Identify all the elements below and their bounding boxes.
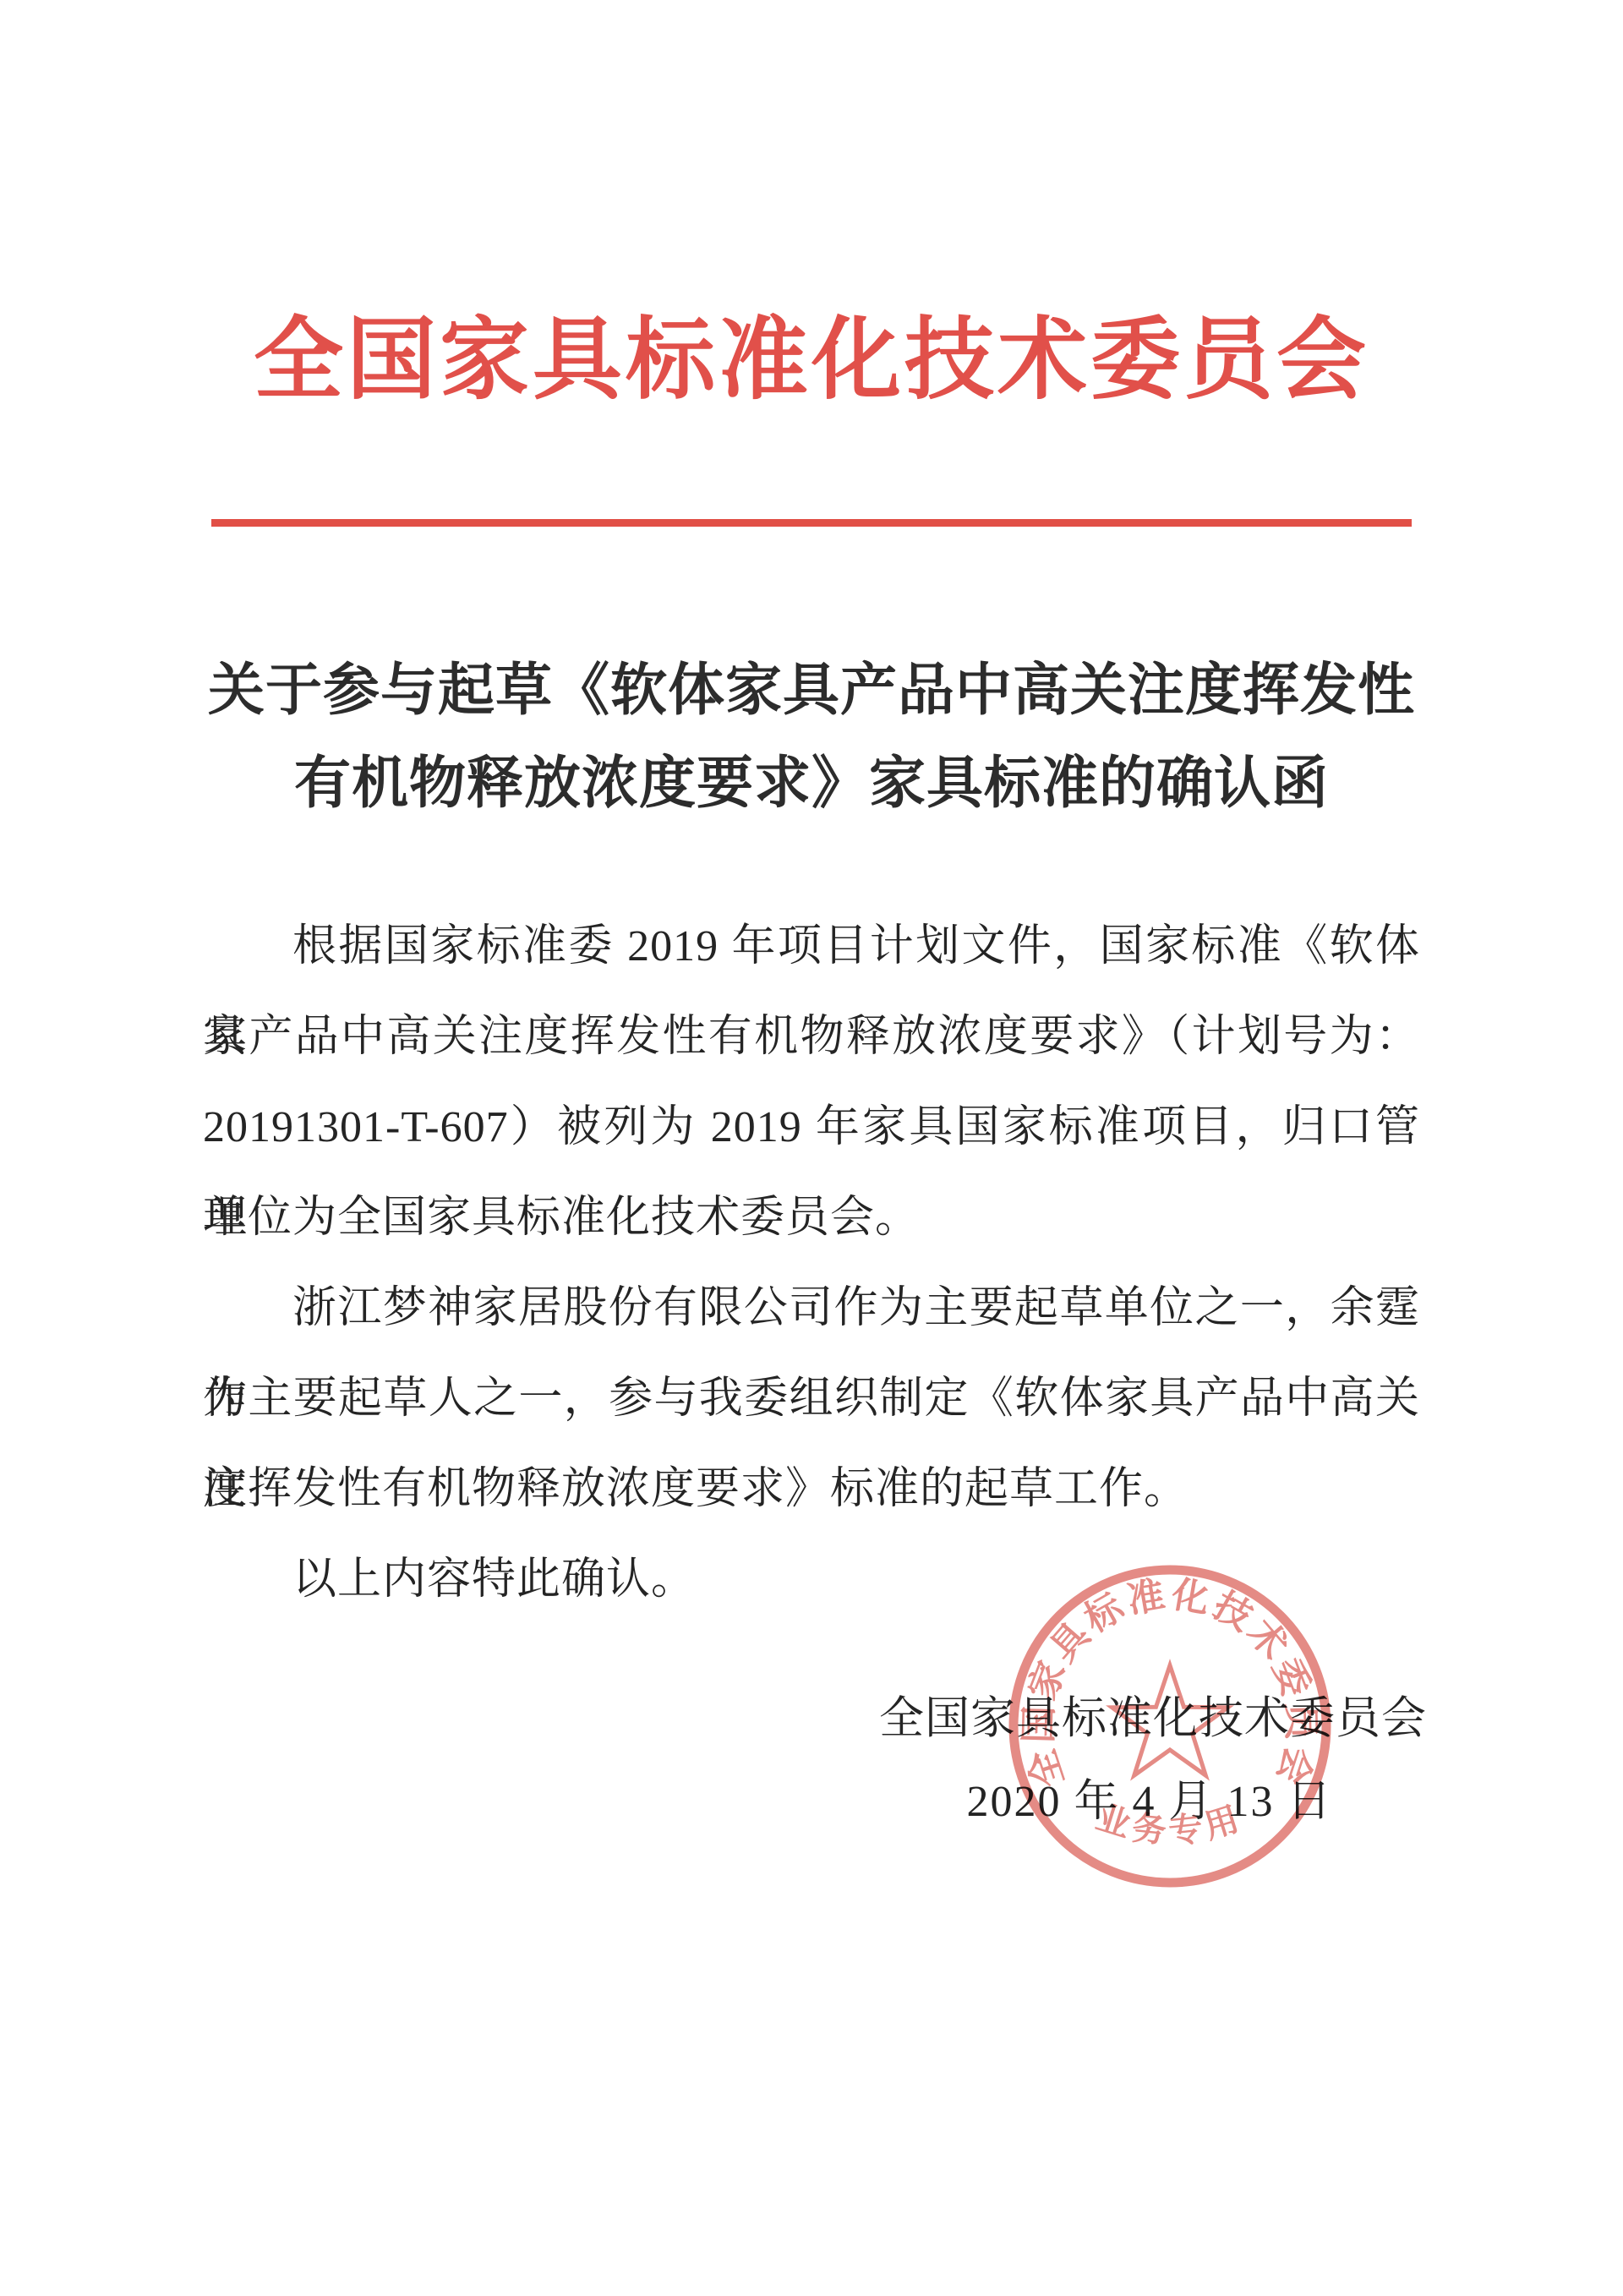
body-line: 为主要起草人之一，参与我委组织制定《软体家具产品中高关注 — [203, 1353, 1420, 1444]
signature-block: 全国家具标准化技术委员会 2020 年 4 月 13 日 — [879, 1692, 1420, 1828]
header-divider-line — [211, 519, 1412, 527]
body-line: 浙江梦神家居股份有限公司作为主要起草单位之一，余霆作 — [203, 1263, 1420, 1353]
body-line: 单位为全国家具标准化技术委员会。 — [203, 1173, 1420, 1263]
document-title-line2: 有机物释放浓度要求》家具标准的确认函 — [0, 737, 1623, 830]
signature-org-name: 全国家具标准化技术委员会 — [879, 1692, 1420, 1745]
body-line: 度挥发性有机物释放浓度要求》标准的起草工作。 — [203, 1444, 1420, 1534]
body-line: 20191301-T-607）被列为 2019 年家具国家标准项目，归口管理 — [203, 1082, 1420, 1173]
document-page: 全国家具标准化技术委员会 关于参与起草《软体家具产品中高关注度挥发性 有机物释放… — [0, 0, 1623, 2296]
body-line: 以上内容特此确认。 — [203, 1534, 1420, 1625]
signature-date: 2020 年 4 月 13 日 — [879, 1777, 1420, 1828]
body-line: 具产品中高关注度挥发性有机物释放浓度要求》（计划号为： — [203, 992, 1420, 1082]
header-org-title: 全国家具标准化技术委员会 — [0, 298, 1623, 424]
document-title: 关于参与起草《软体家具产品中高关注度挥发性 有机物释放浓度要求》家具标准的确认函 — [0, 644, 1623, 830]
document-title-line1: 关于参与起草《软体家具产品中高关注度挥发性 — [0, 644, 1623, 737]
body-line: 根据国家标准委 2019 年项目计划文件，国家标准《软体家 — [203, 901, 1420, 992]
letter-body: 根据国家标准委 2019 年项目计划文件，国家标准《软体家 具产品中高关注度挥发… — [203, 901, 1420, 1625]
